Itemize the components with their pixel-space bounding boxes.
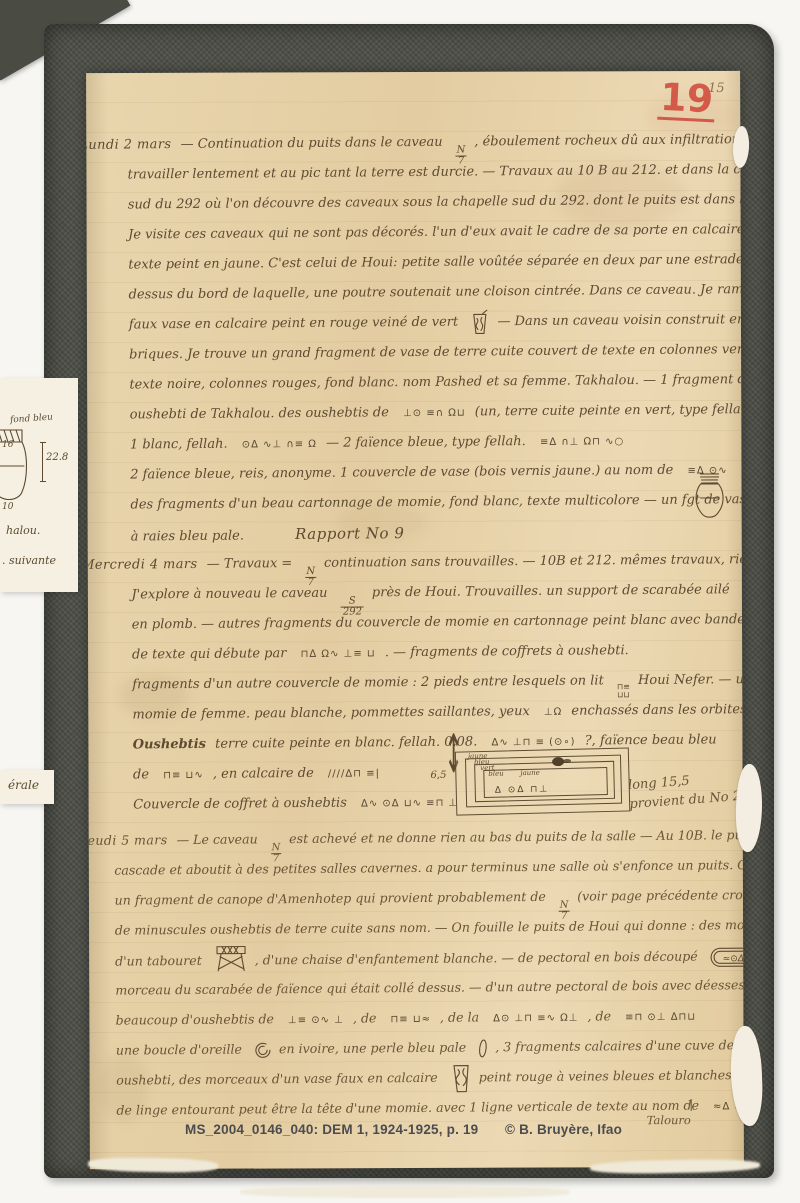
color-label: jaune: [520, 770, 540, 777]
margin-text-fragment: halou.: [6, 524, 40, 537]
line-text: texte noire, colonnes rouges, fond blanc…: [129, 372, 744, 393]
line-text: est achevé et ne donne rien au bas du pu…: [289, 826, 744, 846]
line-text: ?, faïence beau bleu: [585, 732, 717, 748]
diary-line: Oushebtis terre cuite peinte en blanc. f…: [133, 725, 744, 760]
stain: [118, 673, 188, 719]
line-text: faux vase en calcaire peint en rouge vei…: [129, 315, 458, 333]
line-text: en ivoire, une perle bleu pale: [279, 1040, 466, 1057]
line-text: dessus du bord de laquelle, une poutre s…: [129, 282, 744, 303]
earring-sketch: [254, 1041, 272, 1059]
fraction-n7: N7: [559, 901, 570, 922]
false-vase-sketch: [450, 1063, 472, 1093]
fraction-top: N: [457, 146, 466, 156]
bead-sketch: [478, 1038, 488, 1058]
line-text: Je visite ces caveaux qui ne sont pas dé…: [128, 222, 744, 243]
diary-line: de linge entourant peut être la tête d'u…: [116, 1090, 744, 1126]
line-text: terre cuite peinte en blanc. fellah. 0,0…: [215, 734, 477, 751]
margin-text-fragment: . suivante: [2, 554, 56, 567]
page-number-ink: 15: [708, 81, 725, 96]
fraction-n7: N7: [271, 843, 282, 864]
diary-entry-lundi-2-mars: Lundi 2 mars — Continuation du puits dan…: [86, 125, 744, 551]
diary-line: une boucle d'oreille en ivoire, une perl…: [116, 1030, 744, 1066]
hieroglyph-run: ≡Δ ⊙∿: [687, 465, 727, 476]
diary-line: de texte qui débute par ⊓Δ Ω∿ ⊥≡ ⊔ . — f…: [132, 635, 744, 670]
diary-line: dessus du bord de laquelle, une poutre s…: [129, 275, 744, 310]
pectoral-cartouche-sketch: ≈⊙Δ∿: [710, 946, 744, 966]
diary-line: Mercredi 4 mars — Travaux = N7 continuat…: [86, 545, 744, 581]
name-annotation: Talouro: [647, 1113, 691, 1127]
hieroglyph-run: Δ∿ ⊙Δ ⊔∿ ≡⊓ ⊥: [361, 798, 458, 810]
line-text: (un, terre cuite peinte en vert, type fe…: [475, 402, 744, 419]
diary-line: Jeudi 5 mars — Le caveau N7 est achevé e…: [86, 820, 744, 856]
line-text: J'explore à nouveau le caveau: [131, 586, 327, 603]
facing-page-sliver: fond bleu 16 22.8 10 halou. . suivante: [0, 378, 78, 592]
diary-line: Couvercle de coffret à oushebtis Δ∿ ⊙Δ ⊔…: [133, 785, 744, 820]
fraction-s292: S292: [341, 596, 364, 617]
hieroglyph-run: Δ⊙ ⊥⊓ ≡∿ Ω⊥: [493, 1013, 578, 1025]
fraction-top: N: [306, 567, 315, 577]
hieroglyph-run: ⊥⊙ ≡∩ Ω⊔: [403, 408, 466, 420]
line-text: , en calcaire de: [213, 766, 314, 782]
diary-line: oushebti de Takhalou. des oushebtis de ⊥…: [130, 395, 744, 430]
line-text: de: [133, 767, 149, 782]
line-text: près de Houi. Trouvailles. un support de…: [372, 582, 730, 600]
line-text: enchassés dans les orbites.: [571, 702, 744, 719]
line-text: travailler lentement et au pic tant la t…: [128, 162, 744, 183]
hieroglyph-run: ⊔⊔: [617, 691, 630, 699]
diary-line: beaucoup d'oushebtis de ⊥≡ ⊙∿ ⊥ , de ⊓≡ …: [116, 1000, 744, 1036]
stool-sketch: [214, 944, 248, 972]
diary-line: des fragments d'un beau cartonnage de mo…: [130, 485, 744, 520]
line-text: morceau du scarabée de faïence qui était…: [115, 977, 744, 998]
height-measure: ↕ 6,5: [432, 748, 458, 812]
line-text: texte peint en jaune. C'est celui de Hou…: [128, 252, 744, 273]
line-text: des fragments d'un beau cartonnage de mo…: [130, 492, 744, 512]
line-text: . — fragments de coffrets à oushebti.: [385, 643, 629, 660]
diary-line: en plomb. — autres fragments du couvercl…: [132, 605, 744, 640]
copyright-credit: © B. Bruyère, Ifao: [505, 1122, 622, 1137]
diary-line: 1 blanc, fellah. ⊙Δ ∿⊥ ∩≡ Ω — 2 faïence …: [130, 425, 744, 460]
line-text: , 3 fragments calcaires d'une cuve de gr…: [495, 1037, 744, 1054]
line-text: oushebti, des morceaux d'un vase faux en…: [116, 1070, 438, 1088]
line-text: sud du 292 où l'on découvre des caveaux …: [128, 192, 744, 213]
stain: [100, 1053, 150, 1123]
hieroglyph-run: ⊥≡ ⊙∿ ⊥: [288, 1015, 344, 1026]
entry-date: Mercredi 4 mars: [86, 557, 198, 573]
line-text: briques. Je trouve un grand fragment de …: [129, 342, 744, 363]
color-label: jaune: [468, 753, 488, 760]
line-text: de minuscules oushebtis de terre cuite s…: [115, 917, 744, 938]
hieroglyph-run: ⊥Ω: [544, 707, 562, 718]
updown-arrow-icon: ↕: [444, 726, 463, 786]
diary-line: de ⊓≡ ⊔∿ , en calcaire de ////Δ⊓ ≡|: [133, 755, 744, 790]
line-text: beaucoup d'oushebtis de: [116, 1011, 274, 1027]
hieroglyph-run: ⊓Δ Ω∿ ⊥≡ ⊔: [301, 648, 376, 660]
entry-date: Lundi 2 mars: [86, 137, 171, 153]
diary-line: travailler lentement et au pic tant la t…: [127, 155, 743, 190]
notebook-scan: 19 15 Lundi 2 mars — Continuation du pui…: [0, 0, 800, 1203]
line-text: cascade et aboutit à des petites salles …: [114, 856, 744, 877]
diary-line: cascade et aboutit à des petites salles …: [114, 850, 744, 886]
fraction-bottom: 7: [271, 853, 281, 864]
margin-measure: 16: [2, 440, 13, 450]
line-text: fragments d'un autre couvercle de momie …: [132, 673, 604, 692]
line-text: un fragment de canope d'Amenhotep qui pr…: [115, 889, 546, 908]
measure-bracket: [42, 442, 43, 482]
fraction-n7: N7: [305, 567, 316, 588]
line-text: une boucle d'oreille: [116, 1042, 242, 1058]
line-text: 2 faïence bleue, reis, anonyme. 1 couver…: [130, 463, 673, 483]
color-label: vert: [480, 765, 494, 772]
diary-line: J'explore à nouveau le caveau S292 près …: [131, 575, 744, 610]
hieroglyph-column: ⊓≡⊔⊔: [617, 683, 630, 699]
margin-text-fragment: érale: [8, 778, 39, 792]
color-label: bleu: [474, 759, 490, 766]
fraction-n7: N7: [456, 146, 467, 167]
hieroglyph-run: Δ∿ ⊥⊓ ≡ (⊙∘): [491, 737, 575, 749]
hieroglyph-run: ⊓≡ ⊔≈: [390, 1014, 431, 1025]
diary-line: morceau du scarabée de faïence qui était…: [115, 970, 744, 1006]
fraction-top: N: [272, 843, 281, 853]
hieroglyph-run: ≡⊓ ⊙⊥ Δ⊓⊔: [625, 1012, 696, 1024]
box-annotation: long 15,5 provient du No 213 ?: [627, 766, 744, 814]
sketch-frame: [483, 767, 608, 798]
page-number-red: 19: [657, 78, 716, 123]
line-text: , de: [353, 1010, 377, 1025]
diary-line: de minuscules oushebtis de terre cuite s…: [115, 910, 744, 946]
line-text: (voir page précédente croquis) et: [577, 887, 744, 904]
line-text: oushebti de Takhalou. des oushebtis de: [130, 405, 389, 422]
sketch-frame: [465, 755, 622, 808]
facing-page-sliver: érale: [0, 770, 54, 804]
line-text: à raies bleu pale.: [131, 528, 244, 544]
line-text: continuation sans trouvailles. — 10B et …: [324, 551, 744, 570]
diary-line: faux vase en calcaire peint en rouge vei…: [129, 305, 744, 340]
fraction-bottom: 7: [306, 577, 316, 588]
margin-measure: 10: [2, 502, 13, 512]
line-text: en plomb. — autres fragments du couvercl…: [132, 612, 744, 633]
stain: [646, 91, 736, 141]
diary-line: Je visite ces caveaux qui ne sont pas dé…: [128, 215, 744, 250]
fraction-bottom: 292: [341, 606, 364, 617]
rapport-note: Rapport No 9: [295, 524, 404, 543]
hieroglyph-run: ⊙Δ ∿⊥ ∩≡ Ω: [242, 439, 317, 451]
archive-id: MS_2004_0146_040: DEM 1, 1924-1925, p. 1…: [185, 1122, 478, 1137]
fraction-bottom: 7: [456, 156, 466, 167]
diary-entry-jeudi-5-mars: Jeudi 5 mars — Le caveau N7 est achevé e…: [86, 820, 744, 1126]
line-text: de texte qui débute par: [132, 646, 287, 662]
line-text: — Le caveau: [176, 831, 257, 847]
hieroglyph-run: ≈⊙Δ∿: [722, 954, 744, 964]
line-text: Houi Nefer. — une tête de: [638, 672, 744, 689]
box-note-line: long 15,5: [627, 766, 744, 795]
stain: [556, 161, 686, 231]
margin-label: fond bleu: [10, 413, 54, 426]
fraction-top: S: [349, 597, 356, 607]
line-text: — 2 faïence bleue, type fellah.: [326, 434, 526, 451]
line-text: , de la: [440, 1009, 479, 1024]
jar-sketch: [0, 426, 32, 510]
entry-date: Jeudi 5 mars: [86, 832, 168, 848]
hieroglyph-run: Δ ⊙Δ ⊓⊥: [495, 784, 550, 795]
measure-label: 6,5: [431, 770, 447, 781]
hieroglyph-run: ⊓≡: [617, 683, 630, 691]
diary-line: briques. Je trouve un grand fragment de …: [129, 335, 744, 370]
line-text: de linge entourant peut être la tête d'u…: [116, 1098, 699, 1118]
diary-line: à raies bleu pale. Rapport No 9: [131, 515, 744, 550]
hieroglyph-run: ⊓≡ ⊔∿: [163, 770, 204, 781]
fraction-top: N: [560, 901, 569, 911]
line-text: 1 blanc, fellah.: [130, 437, 228, 453]
line-text: Oushebtis: [133, 737, 206, 753]
diary-line: momie de femme. peau blanche, pommettes …: [132, 695, 744, 730]
diary-line: 2 faïence bleue, reis, anonyme. 1 couver…: [130, 455, 744, 490]
diary-line: sud du 292 où l'on découvre des caveaux …: [128, 185, 744, 220]
diary-line: fragments d'un autre couvercle de momie …: [132, 665, 744, 700]
line-text: , d'une chaise d'enfantement blanche. — …: [255, 949, 698, 968]
diary-line: texte peint en jaune. C'est celui de Hou…: [128, 245, 744, 280]
margin-measure: 22.8: [46, 452, 68, 463]
diary-line: d'un tabouret , d'une chaise d'enfanteme…: [115, 940, 744, 976]
diary-line: Lundi 2 mars — Continuation du puits dan…: [86, 125, 744, 161]
stain: [338, 502, 428, 542]
diary-line: un fragment de canope d'Amenhotep qui pr…: [114, 880, 743, 916]
line-text: — Continuation du puits dans le caveau: [181, 135, 443, 152]
diary-entry-mercredi-4-mars: Mercredi 4 mars — Travaux = N7 continuat…: [86, 545, 744, 821]
line-text: d'un tabouret: [115, 953, 202, 969]
sketch-frame: [474, 761, 615, 802]
line-text: peint rouge à veines bleues et blanches,…: [479, 1066, 744, 1084]
painted-vase-sketch: [470, 309, 490, 335]
coffer-lid-sketch: jaune bleu vert bleu jaune Δ ⊙Δ ⊓⊥: [455, 747, 631, 815]
line-text: , éboulement rocheux dû aux infiltration…: [474, 131, 744, 149]
color-label: bleu: [488, 771, 504, 778]
amphora-sketch: [691, 472, 727, 522]
line-text: , de: [587, 1008, 611, 1023]
paper-fray: [240, 1186, 570, 1198]
box-note-line: provient du No 213 ?: [629, 785, 744, 814]
knob-sketch: [552, 757, 564, 766]
line-text: — Dans un caveau voisin construit en: [497, 312, 744, 329]
hieroglyph-run: ≡Δ ∩⊥ Ω⊓ ∿○: [540, 436, 624, 448]
hieroglyph-run: ////Δ⊓ ≡|: [328, 768, 380, 779]
diary-line: texte noire, colonnes rouges, fond blanc…: [129, 365, 744, 400]
diary-line: oushebti, des morceaux d'un vase faux en…: [116, 1060, 744, 1096]
line-text: momie de femme. peau blanche, pommettes …: [132, 704, 529, 722]
notebook-page: 19 15 Lundi 2 mars — Continuation du pui…: [86, 71, 744, 1169]
fraction-bottom: 7: [559, 911, 569, 922]
line-text: — Travaux =: [207, 556, 293, 572]
line-text: Couvercle de coffret à oushebtis: [133, 796, 347, 813]
